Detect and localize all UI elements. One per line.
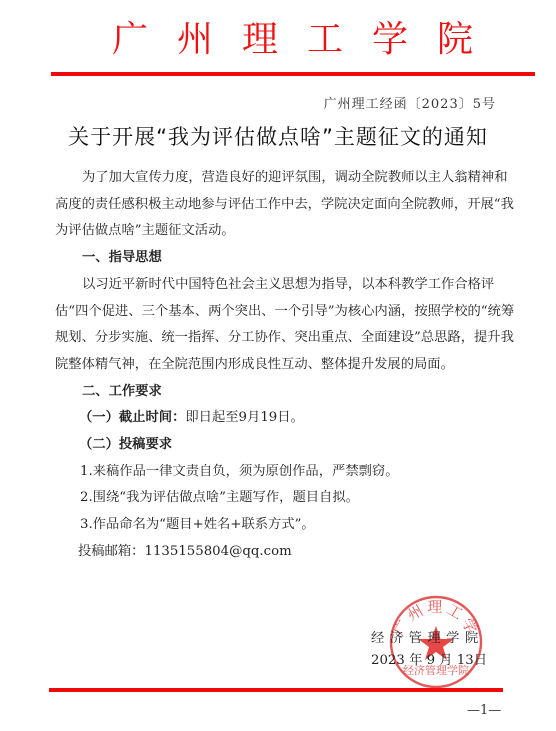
intro-paragraph: 为了加大宣传力度，营造良好的迎评氛围，调动全院教师以主人翁精神和高度的责任感积极… bbox=[55, 165, 515, 245]
list-item: 1.来稿作品一律文责自负，须为原创作品，严禁剽窃。 bbox=[55, 459, 515, 486]
deadline-value: 即日起至9月19日。 bbox=[185, 410, 303, 425]
signature-block: 经济管理学院 2023 年 9 月 13日 bbox=[371, 628, 487, 672]
submission-label: （二）投稿要求 bbox=[79, 437, 172, 452]
list-item: 3.作品命名为“题目+姓名+联系方式”。 bbox=[55, 512, 515, 539]
email-address[interactable]: 1135155804@qq.com bbox=[144, 544, 291, 559]
page-number: —1— bbox=[467, 703, 501, 718]
guiding-paragraph: 以习近平新时代中国特色社会主义思想为指导，以本科教学工作合格评估“四个促进、三个… bbox=[55, 272, 515, 379]
signature-org: 经济管理学院 bbox=[371, 628, 487, 650]
document-title: 关于开展“我为评估做点啥”主题征文的通知 bbox=[0, 121, 556, 151]
list-item: 2.围绕“我为评估做点啥”主题写作，题目自拟。 bbox=[55, 485, 515, 512]
deadline-line: （一）截止时间：即日起至9月19日。 bbox=[55, 405, 515, 432]
deadline-label: （一）截止时间： bbox=[79, 410, 185, 425]
masthead-title: 广州理工学院 bbox=[0, 18, 556, 62]
section-heading-requirements: 二、工作要求 bbox=[55, 379, 515, 406]
red-divider-top bbox=[51, 72, 535, 76]
document-body: 为了加大宣传力度，营造良好的迎评氛围，调动全院教师以主人翁精神和高度的责任感积极… bbox=[55, 165, 515, 566]
submission-heading: （二）投稿要求 bbox=[55, 432, 515, 459]
document-number: 广州理工经函〔2023〕5号 bbox=[324, 93, 496, 112]
email-line: 投稿邮箱：1135155804@qq.com bbox=[55, 539, 515, 566]
email-label: 投稿邮箱： bbox=[78, 544, 144, 559]
signature-date: 2023 年 9 月 13日 bbox=[371, 650, 487, 672]
section-heading-guiding: 一、指导思想 bbox=[55, 245, 515, 272]
